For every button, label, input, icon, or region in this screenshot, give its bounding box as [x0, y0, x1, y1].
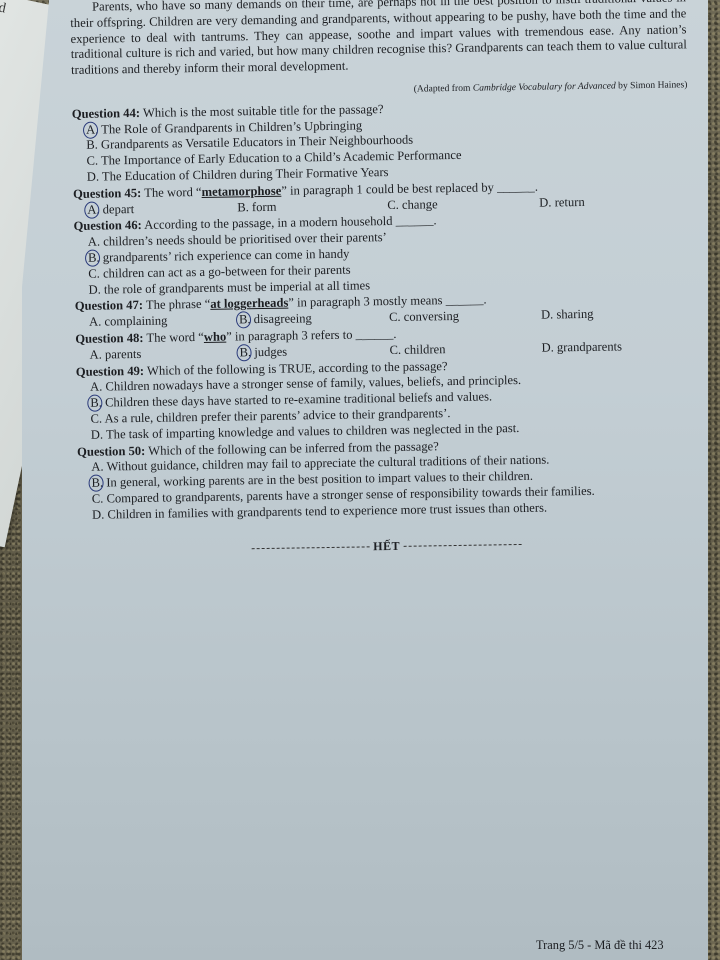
- page-footer: Trang 5/5 - Mã đề thi 423: [536, 938, 664, 953]
- answer-letter: B: [86, 138, 95, 154]
- answer-option-c: C. conversing: [389, 308, 541, 326]
- answer-letter: B: [237, 200, 246, 216]
- answer-letter: C: [92, 491, 101, 507]
- answer-letter: A: [90, 380, 99, 396]
- answer-text: disagreeing: [254, 311, 312, 326]
- answer-text: grandparents: [557, 339, 622, 354]
- answer-text: parents: [105, 347, 142, 362]
- circled-answer-letter: B: [88, 251, 97, 267]
- question-keyword: at loggerheads: [210, 296, 288, 311]
- answer-letter: C: [88, 266, 97, 282]
- answer-option-c: C. children: [389, 340, 541, 358]
- exam-page: Parents, who have so many demands on the…: [22, 0, 708, 960]
- end-dash-left: [251, 547, 369, 550]
- circled-answer-letter: B: [239, 345, 248, 361]
- answer-letter: D: [541, 308, 550, 324]
- answer-option-a: A. depart: [87, 200, 237, 218]
- circled-answer-letter: B: [91, 476, 100, 492]
- answer-option-a: A. complaining: [89, 313, 239, 331]
- answer-text: change: [402, 197, 438, 212]
- answer-option-b: B. disagreeing: [239, 310, 389, 328]
- answer-letter: D: [87, 170, 96, 186]
- answer-text: conversing: [404, 309, 459, 324]
- passage-paragraph: Parents, who have so many demands on the…: [70, 0, 687, 79]
- under-sheet-corner-text: d: [0, 0, 7, 17]
- question-number: Question 49:: [76, 363, 144, 378]
- answer-options: A. Without guidance, children may fail t…: [77, 451, 694, 524]
- question-number: Question 48:: [75, 331, 143, 346]
- answer-option-d: D. grandparents: [541, 338, 691, 356]
- answer-text: children can act as a go-between for the…: [103, 262, 351, 280]
- answer-options: A. The Role of Grandparents in Children’…: [72, 113, 689, 186]
- reading-passage: Parents, who have so many demands on the…: [70, 0, 687, 79]
- exam-content: Parents, who have so many demands on the…: [70, 0, 695, 559]
- answer-letter: C: [86, 154, 95, 170]
- answer-text: return: [555, 195, 585, 209]
- question-number: Question 50:: [77, 443, 145, 458]
- circled-answer-letter: B: [239, 312, 248, 328]
- answer-text: form: [252, 199, 277, 213]
- answer-letter: C: [90, 412, 99, 428]
- question-number: Question 46:: [73, 218, 141, 233]
- answer-option-b: B. form: [237, 198, 387, 216]
- question-keyword: who: [204, 330, 227, 344]
- answer-letter: A: [88, 235, 97, 251]
- answer-text: The Role of Grandparents in Children’s U…: [101, 118, 362, 136]
- question-49: Question 49: Which of the following is T…: [76, 355, 693, 444]
- answer-text: judges: [254, 344, 287, 359]
- question-keyword: metamorphose: [201, 183, 281, 198]
- answer-text: children: [404, 342, 445, 357]
- end-dash-right: [404, 544, 522, 547]
- circled-answer-letter: A: [87, 202, 96, 218]
- answer-letter: D: [91, 427, 100, 443]
- answer-options: A. children’s needs should be prioritise…: [74, 225, 691, 298]
- question-number: Question 44:: [72, 106, 140, 121]
- question-46: Question 46: According to the passage, i…: [73, 210, 690, 299]
- answer-text: depart: [103, 202, 135, 216]
- answer-text: complaining: [104, 314, 167, 329]
- circled-answer-letter: A: [86, 122, 95, 138]
- question-number: Question 45:: [73, 186, 141, 201]
- answer-letter: A: [89, 315, 98, 331]
- answer-letter: D: [539, 195, 548, 211]
- end-marker: HẾT: [79, 534, 695, 559]
- answer-text: sharing: [556, 307, 593, 322]
- answer-options: A. Children nowadays have a stronger sen…: [76, 371, 693, 444]
- answer-letter: C: [389, 310, 398, 326]
- answer-option-c: C. change: [387, 195, 539, 213]
- answer-letter: A: [89, 347, 98, 363]
- answer-letter: A: [91, 460, 100, 476]
- answer-option-d: D. return: [539, 193, 689, 211]
- answer-letter: D: [88, 282, 97, 298]
- answer-option-a: A. parents: [89, 345, 239, 363]
- answer-letter: D: [92, 507, 101, 523]
- answer-option-d: D. sharing: [541, 305, 691, 323]
- answer-letter: C: [389, 343, 398, 359]
- answer-letter: D: [541, 340, 550, 356]
- question-44: Question 44: Which is the most suitable …: [72, 97, 689, 186]
- source-book-title: Cambridge Vocabulary for Advanced: [473, 80, 616, 93]
- question-number: Question 47:: [75, 298, 143, 313]
- answer-letter: C: [387, 197, 396, 213]
- answer-text: the role of grandparents must be imperia…: [104, 278, 370, 296]
- question-50: Question 50: Which of the following can …: [77, 435, 694, 524]
- circled-answer-letter: B: [90, 396, 99, 412]
- question-list: Question 44: Which is the most suitable …: [72, 97, 694, 523]
- answer-option-b: B. judges: [239, 343, 389, 361]
- answer-text: grandparents’ rich experience can come i…: [103, 247, 350, 265]
